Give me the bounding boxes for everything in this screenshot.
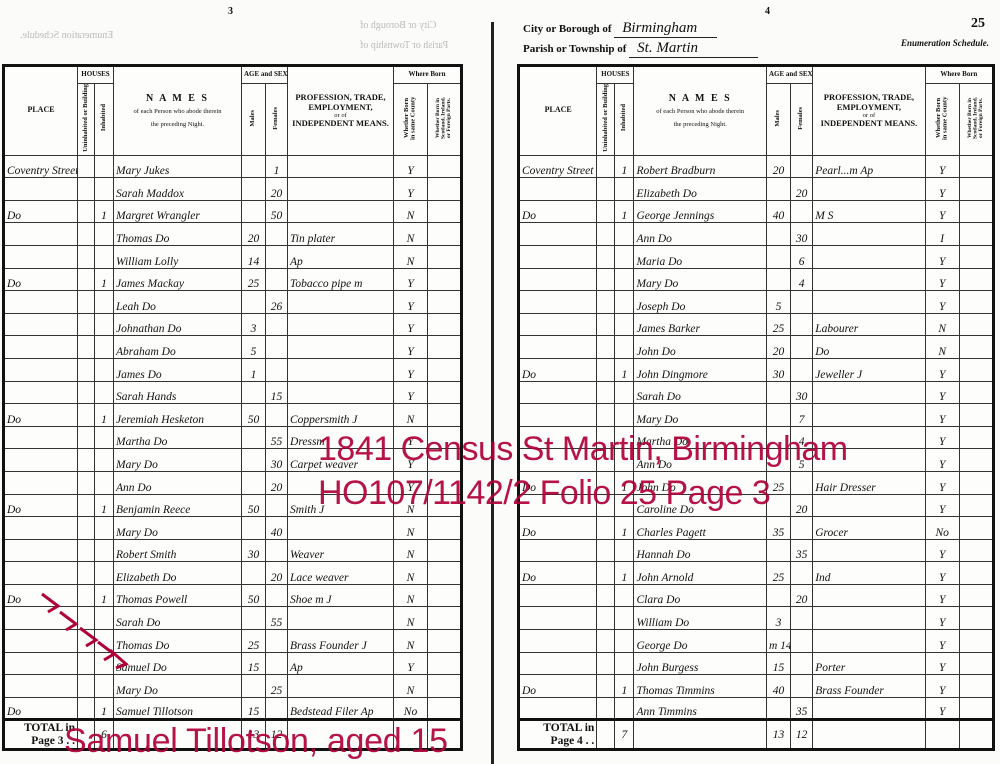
place-cell bbox=[4, 471, 78, 494]
uninhabited-cell bbox=[597, 155, 615, 178]
females-age-cell bbox=[791, 291, 813, 314]
name-cell: Benjamin Reece bbox=[114, 494, 242, 517]
females-age-cell bbox=[266, 245, 288, 268]
inhabited-cell: 1 bbox=[615, 200, 634, 223]
inhabited-cell bbox=[615, 652, 634, 675]
table-row: Hannah Do35Y bbox=[519, 539, 994, 562]
table-row: Johnathan Do3Y bbox=[4, 313, 462, 336]
place-cell bbox=[4, 291, 78, 314]
borough-label: City or Borough of bbox=[523, 23, 612, 35]
born-same-county-cell: Y bbox=[394, 652, 428, 675]
uninhabited-cell bbox=[78, 494, 95, 517]
uninhabited-cell bbox=[78, 697, 95, 720]
born-same-county-cell: N bbox=[394, 584, 428, 607]
females-age-cell: 25 bbox=[266, 675, 288, 698]
born-same-county-cell: N bbox=[394, 607, 428, 630]
place-cell bbox=[4, 223, 78, 246]
profession-cell bbox=[288, 200, 394, 223]
uninhabited-cell bbox=[78, 200, 95, 223]
profession-line-2: EMPLOYMENT, bbox=[815, 103, 922, 112]
column-header-where-born: Where Born bbox=[394, 66, 462, 84]
females-age-cell bbox=[266, 494, 288, 517]
inhabited-cell: 1 bbox=[95, 494, 114, 517]
females-age-cell bbox=[266, 358, 288, 381]
born-foreign-cell bbox=[428, 630, 462, 653]
uninhabited-cell bbox=[78, 313, 95, 336]
place-cell bbox=[4, 245, 78, 268]
left-mirrored-schedule: Enumeration Schedule. bbox=[20, 30, 113, 41]
column-header-place: PLACE bbox=[4, 66, 78, 156]
born-foreign-cell bbox=[959, 313, 993, 336]
column-header-place: PLACE bbox=[519, 66, 597, 156]
column-header-inhabited: Inhabited bbox=[95, 84, 114, 156]
born-foreign-cell bbox=[428, 200, 462, 223]
table-row: Sarah Do30Y bbox=[519, 381, 994, 404]
born-foreign-cell bbox=[428, 607, 462, 630]
place-cell bbox=[4, 562, 78, 585]
males-age-cell: 20 bbox=[767, 155, 791, 178]
males-age-cell bbox=[767, 539, 791, 562]
males-age-cell bbox=[242, 291, 266, 314]
females-age-cell: 20 bbox=[266, 562, 288, 585]
males-age-cell bbox=[242, 155, 266, 178]
table-row: Do1George Jennings40M SY bbox=[519, 200, 994, 223]
males-age-cell: 3 bbox=[767, 607, 791, 630]
uninhabited-label: Uninhabited or Building bbox=[603, 84, 610, 152]
profession-cell bbox=[288, 313, 394, 336]
uninhabited-cell bbox=[78, 562, 95, 585]
born-same-county-cell: N bbox=[394, 517, 428, 540]
table-row: Elizabeth Do20Lace weaverN bbox=[4, 562, 462, 585]
column-header-where-born: Where Born bbox=[925, 66, 993, 84]
profession-cell bbox=[288, 178, 394, 201]
place-cell bbox=[4, 358, 78, 381]
total-born-same bbox=[925, 720, 959, 750]
place-cell: Do bbox=[4, 404, 78, 427]
place-cell bbox=[519, 697, 597, 720]
total-row: TOTAL inPage 4 . .71312 bbox=[519, 720, 994, 750]
table-row: Robert Smith30WeaverN bbox=[4, 539, 462, 562]
born-same-county-cell: No bbox=[394, 697, 428, 720]
born-same-county-cell: Y bbox=[925, 494, 959, 517]
place-cell: Do bbox=[4, 268, 78, 291]
column-header-uninhabited: Uninhabited or Building bbox=[597, 84, 615, 156]
name-cell: George Do bbox=[634, 630, 767, 653]
table-row: Mary Do7Y bbox=[519, 404, 994, 427]
place-cell bbox=[519, 313, 597, 336]
place-cell bbox=[519, 268, 597, 291]
males-age-cell: 50 bbox=[242, 404, 266, 427]
females-age-cell: 20 bbox=[791, 494, 813, 517]
females-label: Females bbox=[798, 107, 805, 130]
table-row: Leah Do26Y bbox=[4, 291, 462, 314]
males-age-cell: 25 bbox=[242, 268, 266, 291]
inhabited-cell: 1 bbox=[95, 404, 114, 427]
born-foreign-cell bbox=[959, 404, 993, 427]
enumeration-schedule-label: Enumeration Schedule. bbox=[901, 38, 989, 48]
males-age-cell bbox=[767, 584, 791, 607]
place-cell: Do bbox=[519, 675, 597, 698]
males-age-cell bbox=[242, 200, 266, 223]
uninhabited-cell bbox=[78, 426, 95, 449]
born-same-county-cell: N bbox=[394, 630, 428, 653]
names-title: N A M E S bbox=[116, 93, 239, 104]
table-row: Sarah Maddox20Y bbox=[4, 178, 462, 201]
born-same-county-cell: Y bbox=[925, 200, 959, 223]
place-cell: Coventry Street bbox=[519, 155, 597, 178]
inhabited-cell bbox=[615, 539, 634, 562]
left-census-page: 3 City or Borough of Parish or Township … bbox=[0, 0, 492, 764]
place-cell bbox=[519, 291, 597, 314]
total-profession bbox=[813, 720, 925, 750]
born-same-county-cell: N bbox=[925, 336, 959, 359]
females-age-cell: 6 bbox=[791, 245, 813, 268]
profession-line-4: INDEPENDENT MEANS. bbox=[290, 119, 391, 128]
right-page-number-mark: 4 bbox=[765, 6, 770, 17]
place-cell bbox=[519, 607, 597, 630]
column-header-age-sex: AGE and SEX bbox=[767, 66, 813, 84]
uninhabited-cell bbox=[597, 223, 615, 246]
profession-cell: M S bbox=[813, 200, 925, 223]
profession-cell bbox=[813, 291, 925, 314]
place-cell: Do bbox=[519, 562, 597, 585]
uninhabited-cell bbox=[78, 268, 95, 291]
males-age-cell: 30 bbox=[242, 539, 266, 562]
born-foreign-cell bbox=[959, 223, 993, 246]
females-age-cell bbox=[266, 404, 288, 427]
males-label: Males bbox=[775, 110, 782, 127]
females-age-cell bbox=[791, 336, 813, 359]
profession-cell: Brass Founder bbox=[813, 675, 925, 698]
inhabited-cell bbox=[95, 539, 114, 562]
name-cell: Elizabeth Do bbox=[634, 178, 767, 201]
name-cell: Robert Smith bbox=[114, 539, 242, 562]
uninhabited-cell bbox=[78, 381, 95, 404]
born-foreign-cell bbox=[428, 245, 462, 268]
uninhabited-cell bbox=[597, 539, 615, 562]
profession-cell: Bedstead Filer Ap bbox=[288, 697, 394, 720]
profession-cell bbox=[813, 404, 925, 427]
table-row: Sarah Hands15Y bbox=[4, 381, 462, 404]
females-age-cell bbox=[791, 652, 813, 675]
born-foreign-cell bbox=[959, 291, 993, 314]
profession-cell: Do bbox=[813, 336, 925, 359]
table-row: Do1Margret Wrangler50N bbox=[4, 200, 462, 223]
inhabited-cell bbox=[615, 381, 634, 404]
uninhabited-cell bbox=[78, 223, 95, 246]
uninhabited-cell bbox=[597, 268, 615, 291]
profession-cell bbox=[813, 607, 925, 630]
born-foreign-cell bbox=[959, 471, 993, 494]
name-cell: Ann Do bbox=[634, 223, 767, 246]
males-age-cell: 5 bbox=[242, 336, 266, 359]
born-same-county-cell: Y bbox=[925, 562, 959, 585]
females-age-cell: 50 bbox=[266, 200, 288, 223]
column-header-females: Females bbox=[266, 84, 288, 156]
uninhabited-cell bbox=[597, 607, 615, 630]
table-row: Ann Timmins35Y bbox=[519, 697, 994, 720]
born-foreign-cell bbox=[428, 178, 462, 201]
place-cell: Do bbox=[4, 697, 78, 720]
name-cell: Sarah Maddox bbox=[114, 178, 242, 201]
uninhabited-cell bbox=[597, 200, 615, 223]
parish-value: St. Martin bbox=[629, 40, 758, 58]
born-same-county-cell: Y bbox=[925, 471, 959, 494]
page-gutter bbox=[491, 22, 494, 764]
born-same-county-cell: Y bbox=[925, 697, 959, 720]
females-age-cell bbox=[266, 336, 288, 359]
name-cell: Abraham Do bbox=[114, 336, 242, 359]
name-cell: John Burgess bbox=[634, 652, 767, 675]
names-subtitle-2: the preceding Night. bbox=[636, 121, 764, 128]
right-census-page: 4 City or Borough of Birmingham Parish o… bbox=[497, 0, 1000, 764]
column-header-females: Females bbox=[791, 84, 813, 156]
inhabited-cell bbox=[95, 313, 114, 336]
females-age-cell: 55 bbox=[266, 426, 288, 449]
born-same-county-cell: N bbox=[394, 404, 428, 427]
uninhabited-cell bbox=[597, 404, 615, 427]
females-age-cell bbox=[266, 313, 288, 336]
place-cell bbox=[4, 178, 78, 201]
uninhabited-cell bbox=[78, 245, 95, 268]
foreign-label: Whether Born in Scotland, Ireland, or Fo… bbox=[436, 95, 453, 141]
males-age-cell bbox=[242, 178, 266, 201]
born-same-county-cell: Y bbox=[925, 607, 959, 630]
uninhabited-cell bbox=[78, 336, 95, 359]
females-age-cell bbox=[266, 652, 288, 675]
born-same-county-cell: N bbox=[394, 562, 428, 585]
column-header-age-sex: AGE and SEX bbox=[242, 66, 288, 84]
name-cell: Sarah Hands bbox=[114, 381, 242, 404]
males-age-cell bbox=[242, 607, 266, 630]
born-foreign-cell bbox=[959, 200, 993, 223]
born-foreign-cell bbox=[428, 517, 462, 540]
name-cell: Elizabeth Do bbox=[114, 562, 242, 585]
uninhabited-cell bbox=[597, 336, 615, 359]
males-age-cell bbox=[242, 381, 266, 404]
table-row: Joseph Do5Y bbox=[519, 291, 994, 314]
table-row: Abraham Do5Y bbox=[4, 336, 462, 359]
males-age-cell bbox=[767, 268, 791, 291]
total-label: TOTAL inPage 4 . . bbox=[519, 720, 597, 750]
born-same-county-cell: Y bbox=[394, 268, 428, 291]
profession-cell bbox=[813, 381, 925, 404]
inhabited-cell: 1 bbox=[95, 268, 114, 291]
uninhabited-cell bbox=[597, 381, 615, 404]
uninhabited-cell bbox=[78, 517, 95, 540]
table-row: Coventry StreetMary Jukes1Y bbox=[4, 155, 462, 178]
name-cell: Clara Do bbox=[634, 584, 767, 607]
females-age-cell bbox=[266, 630, 288, 653]
males-age-cell: 40 bbox=[767, 675, 791, 698]
born-foreign-cell bbox=[959, 178, 993, 201]
folio-number: 25 bbox=[971, 16, 985, 32]
place-cell bbox=[519, 336, 597, 359]
females-age-cell: 4 bbox=[791, 268, 813, 291]
total-names bbox=[634, 720, 767, 750]
females-age-cell bbox=[791, 607, 813, 630]
born-foreign-cell bbox=[428, 675, 462, 698]
name-cell: Thomas Timmins bbox=[634, 675, 767, 698]
table-row: Mary Do25N bbox=[4, 675, 462, 698]
born-same-county-cell: Y bbox=[925, 675, 959, 698]
profession-cell: Jeweller J bbox=[813, 358, 925, 381]
females-age-cell: 40 bbox=[266, 517, 288, 540]
profession-line-2: EMPLOYMENT, bbox=[290, 103, 391, 112]
inhabited-cell bbox=[615, 607, 634, 630]
males-age-cell: 15 bbox=[242, 697, 266, 720]
name-cell: Martha Do bbox=[114, 426, 242, 449]
inhabited-cell bbox=[95, 178, 114, 201]
females-age-cell: 30 bbox=[791, 381, 813, 404]
name-cell: Mary Do bbox=[634, 268, 767, 291]
born-same-county-cell: Y bbox=[925, 381, 959, 404]
place-cell bbox=[4, 539, 78, 562]
males-age-cell bbox=[242, 449, 266, 472]
names-subtitle-1: of each Person who abode therein bbox=[636, 108, 764, 115]
males-age-cell: 30 bbox=[767, 358, 791, 381]
males-age-cell bbox=[242, 562, 266, 585]
left-page-number-mark: 3 bbox=[228, 6, 233, 17]
inhabited-cell bbox=[95, 426, 114, 449]
females-age-cell bbox=[791, 562, 813, 585]
foreign-label: Whether Born in Scotland, Ireland, or Fo… bbox=[968, 95, 985, 141]
total-label-line-1: TOTAL in bbox=[522, 722, 594, 735]
born-foreign-cell bbox=[959, 381, 993, 404]
place-cell: Do bbox=[519, 200, 597, 223]
born-same-county-cell: Y bbox=[925, 404, 959, 427]
profession-cell bbox=[288, 155, 394, 178]
profession-cell bbox=[288, 336, 394, 359]
uninhabited-cell bbox=[597, 584, 615, 607]
born-same-county-cell: Y bbox=[925, 539, 959, 562]
profession-cell: Labourer bbox=[813, 313, 925, 336]
profession-cell: Weaver bbox=[288, 539, 394, 562]
born-foreign-cell bbox=[959, 494, 993, 517]
inhabited-cell: 1 bbox=[615, 675, 634, 698]
uninhabited-cell bbox=[78, 471, 95, 494]
place-cell: Coventry Street bbox=[4, 155, 78, 178]
males-age-cell bbox=[767, 381, 791, 404]
males-age-cell: 25 bbox=[767, 562, 791, 585]
males-age-cell: 3 bbox=[242, 313, 266, 336]
name-cell: Sarah Do bbox=[634, 381, 767, 404]
inhabited-cell bbox=[95, 381, 114, 404]
name-cell: Robert Bradburn bbox=[634, 155, 767, 178]
females-age-cell bbox=[266, 268, 288, 291]
males-age-cell bbox=[767, 404, 791, 427]
profession-cell bbox=[813, 245, 925, 268]
place-cell bbox=[519, 404, 597, 427]
born-same-county-cell: N bbox=[394, 223, 428, 246]
females-age-cell: 20 bbox=[791, 178, 813, 201]
inhabited-cell bbox=[95, 471, 114, 494]
name-cell: Joseph Do bbox=[634, 291, 767, 314]
females-age-cell bbox=[266, 223, 288, 246]
inhabited-cell bbox=[95, 291, 114, 314]
place-cell bbox=[4, 426, 78, 449]
column-header-foreign: Whether Born in Scotland, Ireland, or Fo… bbox=[428, 84, 462, 156]
inhabited-cell: 1 bbox=[615, 517, 634, 540]
table-row: Do1James Mackay25Tobacco pipe mY bbox=[4, 268, 462, 291]
born-same-county-cell: Y bbox=[394, 178, 428, 201]
males-age-cell: 25 bbox=[767, 313, 791, 336]
total-inhabited: 7 bbox=[615, 720, 634, 750]
born-foreign-cell bbox=[428, 697, 462, 720]
females-age-cell: 30 bbox=[791, 223, 813, 246]
place-cell bbox=[4, 449, 78, 472]
name-cell: Mary Jukes bbox=[114, 155, 242, 178]
born-same-county-cell: Y bbox=[925, 268, 959, 291]
borough-value: Birmingham bbox=[614, 20, 717, 38]
name-cell: James Mackay bbox=[114, 268, 242, 291]
males-age-cell bbox=[767, 223, 791, 246]
total-born-foreign bbox=[959, 720, 993, 750]
females-age-cell bbox=[791, 358, 813, 381]
table-row: Do1Thomas Timmins40Brass FounderY bbox=[519, 675, 994, 698]
same-county-label: Whether Born in same County bbox=[936, 95, 949, 141]
females-age-cell bbox=[791, 675, 813, 698]
born-same-county-cell: Y bbox=[394, 313, 428, 336]
born-foreign-cell bbox=[428, 313, 462, 336]
column-header-males: Males bbox=[242, 84, 266, 156]
place-cell bbox=[4, 336, 78, 359]
born-same-county-cell: Y bbox=[925, 358, 959, 381]
born-same-county-cell: Y bbox=[925, 630, 959, 653]
profession-cell bbox=[813, 584, 925, 607]
place-cell bbox=[519, 630, 597, 653]
born-same-county-cell: Y bbox=[925, 584, 959, 607]
profession-line-4: INDEPENDENT MEANS. bbox=[815, 119, 922, 128]
uninhabited-cell bbox=[78, 675, 95, 698]
born-foreign-cell bbox=[959, 155, 993, 178]
males-age-cell bbox=[242, 471, 266, 494]
inhabited-cell: 1 bbox=[615, 155, 634, 178]
females-age-cell bbox=[791, 471, 813, 494]
name-cell: James Do bbox=[114, 358, 242, 381]
born-foreign-cell bbox=[959, 584, 993, 607]
males-age-cell bbox=[767, 178, 791, 201]
column-header-males: Males bbox=[767, 84, 791, 156]
right-census-table: PLACE HOUSES N A M E S of each Person wh… bbox=[517, 64, 995, 751]
inhabited-cell: 1 bbox=[615, 358, 634, 381]
name-cell: Ann Timmins bbox=[634, 697, 767, 720]
place-cell bbox=[4, 313, 78, 336]
born-foreign-cell bbox=[428, 155, 462, 178]
females-age-cell bbox=[791, 200, 813, 223]
overlay-reference: HO107/1142/2 Folio 25 Page 3 bbox=[318, 474, 770, 513]
uninhabited-cell bbox=[597, 630, 615, 653]
uninhabited-cell bbox=[597, 358, 615, 381]
males-age-cell bbox=[242, 517, 266, 540]
born-same-county-cell: Y bbox=[925, 245, 959, 268]
inhabited-cell bbox=[615, 404, 634, 427]
name-cell: James Barker bbox=[634, 313, 767, 336]
inhabited-cell bbox=[615, 697, 634, 720]
column-header-names: N A M E S of each Person who abode there… bbox=[114, 66, 242, 156]
born-same-county-cell: Y bbox=[925, 426, 959, 449]
name-cell: William Lolly bbox=[114, 245, 242, 268]
inhabited-cell bbox=[615, 291, 634, 314]
uninhabited-cell bbox=[597, 652, 615, 675]
born-foreign-cell bbox=[959, 449, 993, 472]
males-age-cell: 1 bbox=[242, 358, 266, 381]
males-label: Males bbox=[250, 110, 257, 127]
born-foreign-cell bbox=[959, 630, 993, 653]
females-age-cell: 35 bbox=[791, 539, 813, 562]
inhabited-cell bbox=[615, 223, 634, 246]
place-cell bbox=[519, 381, 597, 404]
